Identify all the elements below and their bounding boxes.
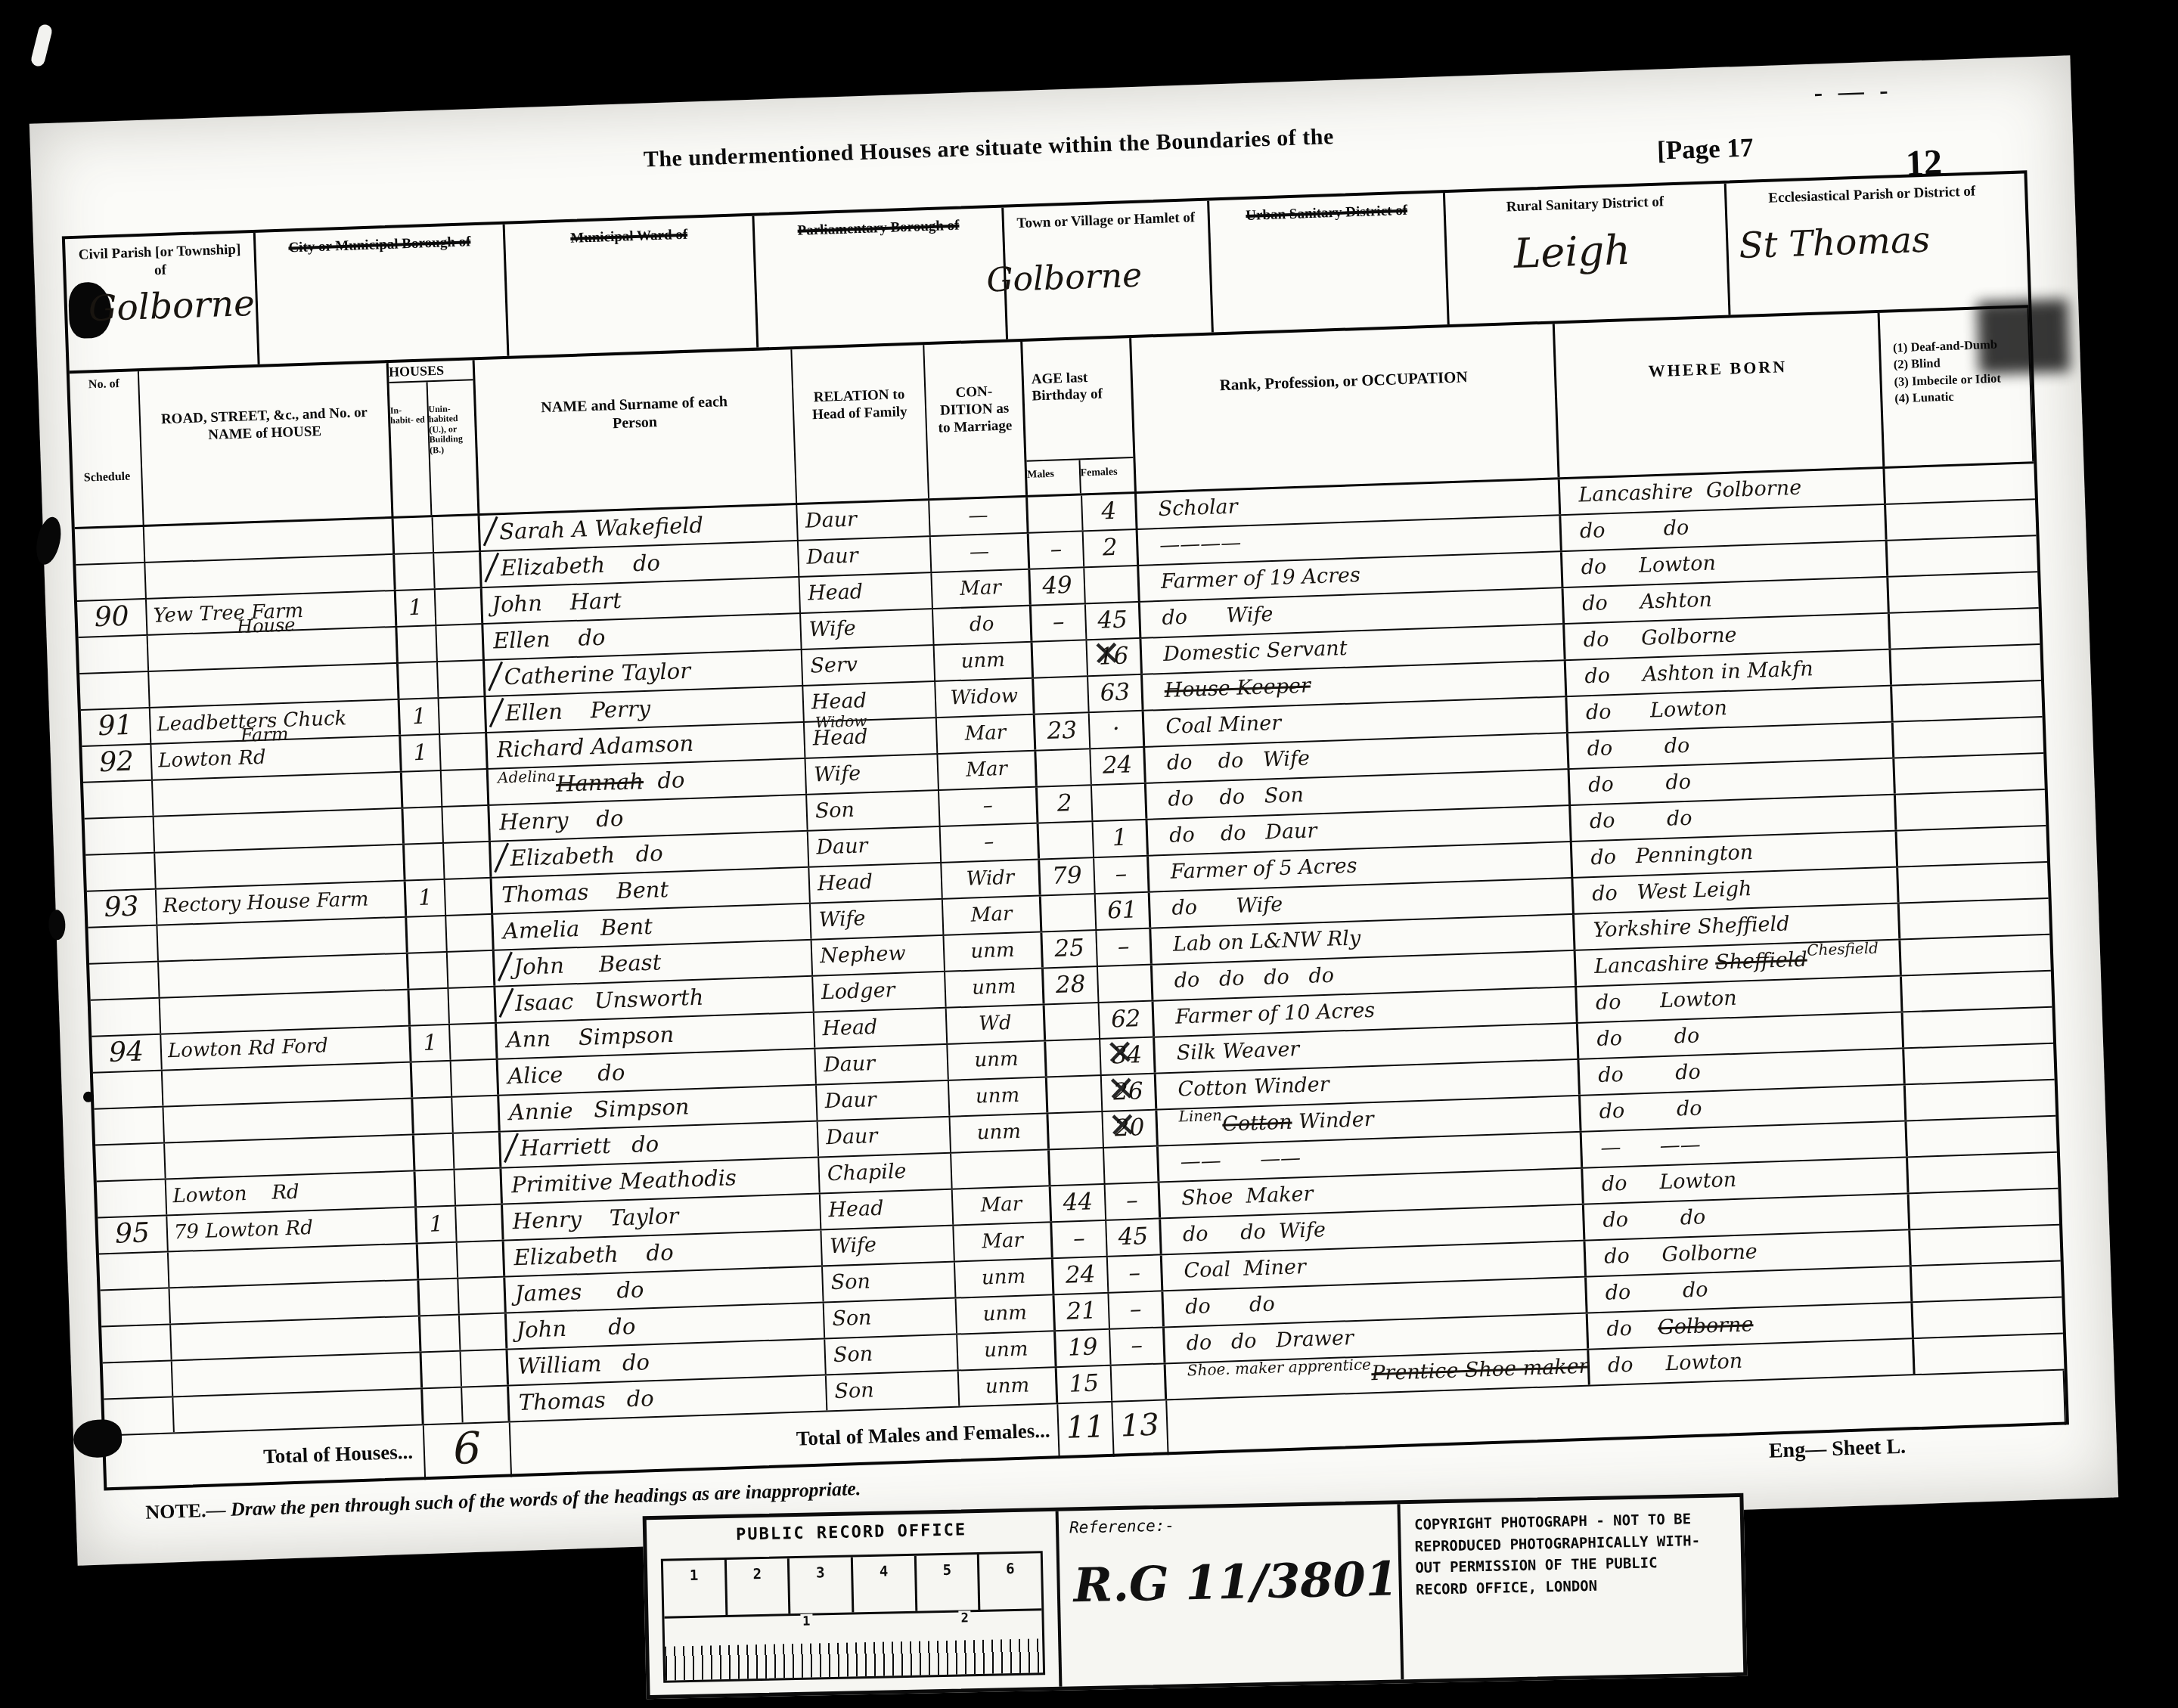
cell-age-male: 2 xyxy=(1038,786,1094,822)
enumerator-tick-mark xyxy=(484,553,499,583)
born-text: do xyxy=(1606,1316,1658,1341)
cell-age-male xyxy=(1050,1148,1106,1185)
person-name: Henry Taylor xyxy=(512,1203,679,1234)
cell-uninhabited xyxy=(438,661,486,697)
district-label: Parliamentary Borough of xyxy=(791,216,966,240)
cell-uninhabited xyxy=(458,1278,507,1314)
cell-age-male xyxy=(1033,640,1089,677)
person-name: Amelia Bent xyxy=(502,913,653,944)
occupation-text: do do Son xyxy=(1168,783,1304,811)
enumerator-tick-mark xyxy=(504,1133,519,1163)
born-text: do do xyxy=(1579,516,1689,544)
cell-relation: Son xyxy=(825,1335,958,1375)
person-name: do xyxy=(643,767,685,794)
cell-relation: Daur xyxy=(797,501,930,540)
born-struck: Sheffield xyxy=(1715,948,1808,975)
stamp-office-section: PUBLIC RECORD OFFICE 123456 1 2 xyxy=(647,1511,1063,1695)
name-struck: Hannah xyxy=(556,768,644,797)
cell-condition: Wd xyxy=(947,1005,1046,1043)
cell-relation: Daur xyxy=(808,827,942,866)
cell-inhabited xyxy=(420,1316,461,1352)
person-name: Catherine Taylor xyxy=(504,658,691,690)
cell-uninhabited xyxy=(448,987,497,1024)
cell-age-male: 49 xyxy=(1030,568,1086,604)
cell-condition: — xyxy=(929,498,1028,535)
cell-uninhabited xyxy=(442,770,490,806)
person-name: Henry do xyxy=(499,805,624,835)
ruler-inch-scale: 1 2 xyxy=(664,1610,1043,1681)
public-record-office-stamp: PUBLIC RECORD OFFICE 123456 1 2 Referenc… xyxy=(643,1493,1748,1699)
cell-condition: Mar xyxy=(943,897,1042,935)
cell-schedule-number xyxy=(95,1108,165,1145)
ruler-cm-cell: 4 xyxy=(853,1556,917,1613)
district-label: Ecclesiastical Parish or District of xyxy=(1762,182,1982,207)
cell-relation: Wife xyxy=(811,900,944,939)
cell-condition: do xyxy=(933,606,1032,644)
cell-relation: Son xyxy=(807,791,940,830)
cell-age-male: – xyxy=(1032,604,1087,640)
occupation-text: Farmer of 19 Acres xyxy=(1160,563,1360,594)
cell-disability xyxy=(1904,1044,2054,1084)
cell-road xyxy=(154,809,405,852)
occupation-text: do Wife xyxy=(1162,603,1274,630)
cell-age-male xyxy=(1036,749,1092,786)
cell-relation: Serv xyxy=(802,646,935,685)
cell-schedule-number xyxy=(91,999,161,1036)
cell-inhabited xyxy=(407,916,448,953)
district-cell: City or Municipal Borough of xyxy=(256,225,510,364)
cell-relation: Daur xyxy=(818,1117,951,1157)
cell-relation: Chapile xyxy=(819,1154,952,1193)
occupation-text: Farmer of 5 Acres xyxy=(1170,854,1357,883)
cell-inhabited xyxy=(414,1134,455,1170)
cell-schedule-number: 91 xyxy=(81,708,151,746)
cell-uninhabited xyxy=(456,1205,504,1241)
form-title: The undermentioned Houses are situate wi… xyxy=(643,124,1334,173)
cell-schedule-number xyxy=(85,817,155,854)
cell-condition: unm xyxy=(951,1114,1050,1152)
person-name: Ann Simpson xyxy=(506,1021,674,1052)
condition-header-label: CON- DITION as to Marriage xyxy=(926,383,1023,438)
cell-uninhabited xyxy=(442,806,491,842)
district-handwritten-value: St Thomas xyxy=(1739,219,1931,267)
cell-age-female xyxy=(1112,1364,1168,1400)
cell-schedule-number xyxy=(79,672,150,709)
person-name: Ellen Perry xyxy=(505,696,651,726)
column-header-name: NAME and Surname of each Person xyxy=(475,349,798,513)
cell-relation: Nephew xyxy=(812,936,945,975)
occupation-text: do do Daur xyxy=(1169,819,1317,848)
person-name: Thomas do xyxy=(518,1385,654,1415)
cell-relation: Wife xyxy=(821,1226,954,1266)
ruler-cm-cell: 2 xyxy=(727,1558,791,1615)
cell-disability xyxy=(1890,609,2040,649)
cell-uninhabited xyxy=(454,1133,502,1169)
occupation-text: Coal Miner xyxy=(1184,1255,1306,1282)
age-header-label: AGE last Birthday of xyxy=(1022,338,1133,460)
born-text: do do xyxy=(1605,1278,1708,1305)
cell-schedule-number xyxy=(99,1252,169,1289)
cell-age-female: – xyxy=(1106,1183,1162,1219)
ruler-cm-cell: 6 xyxy=(979,1553,1041,1610)
cell-age-female: 63 xyxy=(1088,675,1144,711)
occupation-text: do do xyxy=(1185,1292,1276,1319)
person-name: Elizabeth do xyxy=(500,550,660,581)
cell-age-male: – xyxy=(1052,1221,1108,1257)
cell-relation: Head xyxy=(805,718,938,758)
cell-condition: unm xyxy=(949,1077,1048,1115)
cell-condition: unm xyxy=(948,1041,1047,1079)
occupation-correction: Linen xyxy=(1178,1106,1222,1126)
cell-condition: — xyxy=(931,534,1030,572)
cell-uninhabited xyxy=(461,1350,510,1386)
cell-disability xyxy=(1913,1298,2062,1338)
cell-disability xyxy=(1903,1008,2053,1048)
cell-schedule-number: 95 xyxy=(98,1216,168,1253)
cell-relation: Head xyxy=(799,573,932,612)
cell-inhabited xyxy=(423,1388,464,1424)
cell-disability xyxy=(1902,972,2052,1012)
age-tally-cross: ✕ xyxy=(1105,1036,1135,1070)
cell-uninhabited xyxy=(433,516,482,552)
cell-disability xyxy=(1900,935,2050,975)
census-page-paper: - — - The undermentioned Houses are situ… xyxy=(29,55,2118,1565)
occupation-struck: Cotton xyxy=(1222,1111,1292,1136)
cell-inhabited: 1 xyxy=(417,1207,458,1243)
born-text: Lancashire Golborne xyxy=(1578,476,1802,507)
cell-relation: Daur xyxy=(817,1081,950,1121)
cell-condition: Mar xyxy=(954,1223,1053,1260)
occupation-text: do do Drawer xyxy=(1186,1326,1354,1355)
column-header-schedule: No. of Schedule xyxy=(70,371,144,527)
cell-relation: Wife xyxy=(806,755,939,794)
cell-age-male xyxy=(1046,1040,1102,1076)
cell-age-male xyxy=(1034,677,1090,713)
cell-inhabited xyxy=(416,1170,457,1207)
cell-uninhabited xyxy=(445,879,494,915)
occupation-text: Farmer of 10 Acres xyxy=(1175,999,1376,1029)
cell-uninhabited xyxy=(458,1241,506,1278)
age-tally-cross: ✕ xyxy=(1107,1108,1137,1142)
cell-age-male: 15 xyxy=(1057,1366,1113,1403)
cell-inhabited: 1 xyxy=(406,880,447,916)
cell-inhabited xyxy=(405,844,445,880)
district-cell: Rural Sanitary District of Leigh xyxy=(1445,184,1731,324)
occupation-text: Silk Weaver xyxy=(1176,1037,1299,1065)
cell-age-male: – xyxy=(1029,532,1085,568)
cell-schedule-number xyxy=(97,1179,167,1217)
column-header-age: AGE last Birthday of Males Females xyxy=(1022,338,1137,495)
cell-disability xyxy=(1908,1153,2058,1193)
enumerator-tick-mark xyxy=(499,987,514,1018)
cell-disability xyxy=(1886,500,2036,540)
cell-road xyxy=(172,1353,423,1396)
age-tally-cross: ✕ xyxy=(1106,1071,1137,1105)
person-name: Elizabeth do xyxy=(513,1239,674,1270)
district-label: Urban Sanitary District of xyxy=(1239,202,1413,225)
cell-road xyxy=(144,519,395,562)
ink-blot xyxy=(48,910,66,941)
uninhabited-header-label: Unin- habited (U.), or Building (B.) xyxy=(427,380,477,515)
occupation-text: Coal Miner xyxy=(1165,711,1282,739)
cell-age-female: 2 xyxy=(1084,530,1140,566)
cell-uninhabited xyxy=(462,1386,510,1422)
name-correction: Adelina xyxy=(498,767,556,787)
cell-condition: – xyxy=(939,788,1038,826)
occupation-text: Shoe Maker xyxy=(1181,1183,1314,1210)
cell-road xyxy=(149,664,399,707)
cell-schedule-number xyxy=(83,781,154,818)
cell-condition: unm xyxy=(944,932,1043,970)
occupation-text: Scholar xyxy=(1158,495,1238,521)
cell-relation: Head xyxy=(814,1009,948,1048)
cell-inhabited: 1 xyxy=(401,735,442,771)
occupation-struck: Prentice Shoe maker xyxy=(1371,1355,1589,1386)
occupation-text: do Wife xyxy=(1171,893,1283,920)
cell-age-female: 20✕ xyxy=(1103,1111,1159,1147)
cell-age-male xyxy=(1039,822,1095,858)
column-header-road: ROAD, STREET, &c., and No. or NAME of HO… xyxy=(139,363,394,525)
person-name: John do xyxy=(516,1313,636,1343)
cell-condition: Mar xyxy=(953,1186,1052,1224)
born-text: do Lowton xyxy=(1607,1350,1742,1378)
born-header-label: WHERE BORN xyxy=(1556,354,1880,385)
reference-label: Reference:- xyxy=(1069,1511,1398,1536)
cell-schedule-number xyxy=(76,563,146,600)
person-name: James do xyxy=(514,1276,644,1307)
cell-uninhabited xyxy=(446,915,495,951)
cell-condition: Mar xyxy=(932,570,1031,608)
males-header-label: Males xyxy=(1027,460,1081,494)
enumerator-tick-mark xyxy=(483,516,498,547)
ruler-cm-cell: 1 xyxy=(663,1560,728,1617)
cell-condition: unm xyxy=(955,1259,1054,1297)
cell-age-male xyxy=(1048,1112,1104,1148)
cell-relation: Son xyxy=(827,1372,960,1411)
person-name: Primitive Meathodis xyxy=(511,1164,737,1198)
person-name: John Hart xyxy=(492,587,622,618)
ruler-inch-1: 1 xyxy=(800,1613,813,1629)
cell-disability xyxy=(1892,681,2042,721)
cell-road xyxy=(160,990,411,1034)
district-label: Rural Sanitary District of xyxy=(1500,193,1670,216)
cell-inhabited xyxy=(403,808,444,844)
cell-road xyxy=(169,1244,419,1287)
cell-road xyxy=(153,773,403,816)
stamp-reference-section: Reference:- R.G 11/3801 xyxy=(1059,1504,1404,1686)
district-cell: Civil Parish [or Township] of Golborne xyxy=(65,233,260,370)
cell-disability xyxy=(1897,826,2047,866)
occupation-text: do do Wife xyxy=(1166,747,1310,775)
born-text: Yorkshire Sheffield xyxy=(1593,912,1790,942)
cell-age-female: – xyxy=(1110,1328,1166,1364)
cell-inhabited xyxy=(418,1243,459,1279)
cell-disability xyxy=(1914,1334,2064,1375)
person-name: Ellen do xyxy=(492,625,606,654)
person-name: Richard Adamson xyxy=(496,730,693,763)
cell-relation: Head xyxy=(809,863,942,903)
born-text: Lancashire xyxy=(1594,951,1716,978)
district-label: Civil Parish [or Township] of xyxy=(65,240,254,283)
enumerator-tick-mark xyxy=(489,698,504,728)
cell-road: Rectory House Farm xyxy=(157,882,407,925)
cell-road xyxy=(159,954,409,997)
cell-road xyxy=(173,1389,423,1432)
born-text: do West Leigh xyxy=(1592,877,1752,906)
cell-inhabited xyxy=(422,1352,463,1388)
census-form-box: Civil Parish [or Township] of Golborne C… xyxy=(62,170,2069,1490)
cell-age-female: 4 xyxy=(1082,494,1138,530)
total-males-value: 11 xyxy=(1058,1403,1114,1458)
district-cell: Municipal Ward of xyxy=(505,216,759,356)
person-name: William do xyxy=(517,1349,650,1379)
cell-age-male: 23 xyxy=(1035,713,1091,749)
born-text: do Lowton xyxy=(1595,987,1737,1015)
cell-uninhabited xyxy=(436,625,485,661)
ruler-cm-scale: 123456 xyxy=(663,1553,1041,1618)
cell-relation: Son xyxy=(824,1299,957,1338)
cell-age-female xyxy=(1098,966,1154,1002)
born-correction: Chesfield xyxy=(1807,938,1879,959)
age-tally-cross: ✕ xyxy=(1091,637,1122,671)
cell-age-female xyxy=(1084,566,1140,603)
scanned-census-photograph: { "page": { "film_number": "12", "page_l… xyxy=(0,0,2178,1708)
cell-condition: unm xyxy=(945,969,1044,1006)
cell-condition: – xyxy=(941,824,1040,862)
cell-inhabited xyxy=(419,1279,460,1316)
district-label: Municipal Ward of xyxy=(564,225,694,247)
cell-age-female: 61 xyxy=(1096,893,1152,929)
cell-age-male: 24 xyxy=(1053,1257,1109,1294)
ink-smudge xyxy=(1977,299,2070,375)
enumerator-tick-mark xyxy=(488,662,503,692)
cell-road: Lowton Rd xyxy=(151,736,402,780)
cell-disability xyxy=(1910,1226,2060,1266)
cell-relation: HeadWidow xyxy=(803,682,936,721)
cell-uninhabited xyxy=(440,733,489,770)
cell-disability xyxy=(1910,1189,2059,1229)
cell-uninhabited xyxy=(448,951,496,987)
ink-blot xyxy=(33,515,65,567)
column-header-born: WHERE BORN xyxy=(1555,313,1885,477)
cell-age-male: 25 xyxy=(1042,931,1098,967)
cell-schedule-number xyxy=(88,926,158,963)
born-text: do do xyxy=(1587,734,1690,761)
cell-inhabited xyxy=(413,1098,454,1134)
column-header-condition: CON- DITION as to Marriage xyxy=(924,342,1028,498)
ink-blot xyxy=(73,1419,123,1458)
cell-road: Lowton Rd Ford xyxy=(161,1027,411,1070)
cell-schedule-number xyxy=(89,962,160,1000)
cell-relation: Lodger xyxy=(813,972,946,1012)
cell-uninhabited xyxy=(444,842,492,879)
cell-disability xyxy=(1898,863,2048,903)
cell-relation: Daur xyxy=(799,537,932,576)
cell-age-male: 19 xyxy=(1056,1330,1112,1366)
name-header-label: NAME and Surname of each Person xyxy=(476,390,793,437)
cell-age-male xyxy=(1041,894,1097,931)
cell-age-male: 44 xyxy=(1051,1185,1107,1221)
district-handwritten-value: Golborne xyxy=(88,283,256,330)
cell-condition: Mar xyxy=(937,715,1036,753)
cell-disability xyxy=(1888,536,2037,576)
sheet-label: Eng— Sheet L. xyxy=(1768,1435,1906,1464)
cell-age-female: 16✕ xyxy=(1087,639,1143,675)
born-text: do Ashton xyxy=(1582,588,1713,616)
born-text: do Lowton xyxy=(1601,1168,1736,1196)
cell-disability xyxy=(1885,463,2034,504)
cell-uninhabited xyxy=(451,1060,500,1096)
cell-disability xyxy=(1896,790,2046,830)
stamp-office-name: PUBLIC RECORD OFFICE xyxy=(647,1519,1056,1546)
cell-road xyxy=(145,555,396,598)
born-text: do Lowton xyxy=(1586,696,1728,724)
cell-uninhabited xyxy=(434,552,482,588)
cell-road: 79 Lowton Rd xyxy=(167,1207,417,1251)
relation-header-label: RELATION to Head of Family xyxy=(793,386,925,424)
cell-inhabited: 1 xyxy=(400,699,441,735)
born-text: — —— xyxy=(1600,1133,1701,1159)
cell-schedule-number xyxy=(101,1288,171,1325)
females-header-label: Females xyxy=(1080,458,1134,493)
district-cell: Town or Village or Hamlet of Golborne xyxy=(1004,201,1214,339)
total-females-value: 13 xyxy=(1112,1400,1168,1456)
cell-relation: Wife xyxy=(801,609,934,649)
born-text: do do xyxy=(1589,807,1692,834)
born-text: do do xyxy=(1596,1024,1700,1051)
district-label: City or Municipal Borough of xyxy=(282,233,477,257)
cell-schedule-number: 92 xyxy=(82,745,152,782)
cell-schedule-number xyxy=(79,636,149,673)
stamp-ruler: 123456 1 2 xyxy=(661,1551,1045,1683)
note-label: NOTE.— xyxy=(145,1499,226,1524)
road-header-label: ROAD, STREET, &c., and No. or NAME of HO… xyxy=(141,404,389,447)
cell-schedule-number: 93 xyxy=(87,890,157,927)
cell-disability xyxy=(1891,645,2040,685)
cell-road xyxy=(163,1063,413,1106)
occupation-text: Lab on L&NW Rly xyxy=(1172,926,1360,956)
ruler-cm-cell: 3 xyxy=(790,1557,854,1613)
cell-age-female: · xyxy=(1090,711,1146,748)
cell-uninhabited xyxy=(452,1096,501,1133)
district-cell: Ecclesiastical Parish or District of St … xyxy=(1727,174,2021,315)
total-houses-label: Total of Houses... xyxy=(105,1425,426,1490)
cell-relation: Daur xyxy=(815,1045,948,1084)
cell-age-male: 28 xyxy=(1044,967,1100,1003)
cell-age-female: 1 xyxy=(1094,820,1149,857)
cell-inhabited xyxy=(399,662,439,699)
occupation-text: House Keeper xyxy=(1164,674,1311,702)
cell-condition: unm xyxy=(935,643,1034,680)
born-text: do Golborne xyxy=(1604,1240,1758,1269)
person-name: Elizabeth do xyxy=(510,840,663,871)
cell-road: Leadbetters ChuckFarm xyxy=(150,700,401,743)
cell-age-female: 24 xyxy=(1091,748,1146,784)
cell-inhabited xyxy=(402,771,443,808)
born-text: do Golborne xyxy=(1583,624,1737,653)
person-name: Thomas Bent xyxy=(501,876,669,907)
cell-schedule-number xyxy=(75,527,145,564)
cell-age-female: – xyxy=(1094,857,1150,893)
cell-inhabited: 1 xyxy=(411,1025,451,1062)
column-header-occupation: Rank, Profession, or OCCUPATION xyxy=(1131,324,1559,491)
ruler-inch-2: 2 xyxy=(959,1610,972,1626)
cell-road: Lowton Rd xyxy=(166,1171,417,1214)
cell-schedule-number xyxy=(95,1144,166,1181)
houses-header-label: HOUSES xyxy=(389,360,473,383)
cell-condition: unm xyxy=(957,1331,1056,1369)
occupation-header-label: Rank, Profession, or OCCUPATION xyxy=(1133,364,1555,398)
